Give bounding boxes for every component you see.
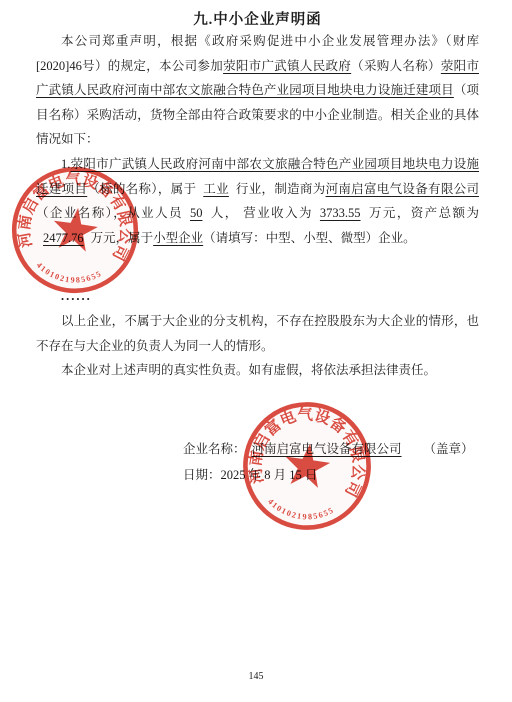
enterprise-type-value: 小型企业 <box>153 231 203 245</box>
assets-value: 2477.76 <box>36 231 91 245</box>
after-employees-text: 人， 营业收入为 <box>209 206 312 220</box>
industry-value: 工业 <box>196 182 236 196</box>
company-name-row: 企业名称：河南启富电气设备有限公司（盖章） <box>183 437 479 462</box>
document-content: 九.中小企业声明函 本公司郑重声明，根据《政府采购促进中小企业发展管理办法》（财… <box>36 0 479 488</box>
seal-number-text: 4101021985655 <box>264 496 337 525</box>
employees-value: 50 <box>183 206 210 220</box>
closing-paragraph-1: 以上企业，不属于大企业的分支机构，不存在控股股东为大企业的情形，也不存在与大企业… <box>36 309 479 358</box>
company-name-label: 企业名称： <box>183 442 246 456</box>
ellipsis-text: ...... <box>36 284 479 309</box>
company-name-value: 河南启富电气设备有限公司 <box>246 442 418 456</box>
after-revenue-text: 万元，资产总额为 <box>368 206 479 220</box>
after-manufacturer-text: （企业名称），从业人员 <box>36 206 183 220</box>
after-assets-text: 万元，属于 <box>91 231 154 245</box>
date-label: 日期： <box>183 468 221 482</box>
document-page: 九.中小企业声明函 本公司郑重声明，根据《政府采购促进中小企业发展管理办法》（财… <box>0 0 512 702</box>
page-title: 九.中小企业声明函 <box>36 8 479 29</box>
after-industry-text: 行业，制造商为 <box>236 182 326 196</box>
date-value: 2025 年 8 月 15 日 <box>221 468 318 482</box>
after-type-text: （请填写：中型、小型、微型）企业。 <box>203 231 416 245</box>
closing-paragraph-2: 本企业对上述声明的真实性负责。如有虚假，将依法承担法律责任。 <box>36 358 479 383</box>
subject-note: （标的名称），属于 <box>87 182 196 196</box>
intro-paragraph: 本公司郑重声明，根据《政府采购促进中小企业发展管理办法》（财库[2020]46号… <box>36 29 479 152</box>
revenue-value: 3733.55 <box>313 206 368 220</box>
svg-text:4101021985655: 4101021985655 <box>264 496 337 525</box>
purchaser-note: （采购人名称） <box>351 59 441 73</box>
purchaser-name: 荥阳市广武镇人民政府 <box>223 59 351 73</box>
date-row: 日期：2025 年 8 月 15 日 <box>183 463 479 488</box>
item-number: 1. <box>61 157 70 171</box>
page-number: 145 <box>0 671 512 682</box>
manufacturer-name: 河南启富电气设备有限公司 <box>326 182 479 196</box>
signature-block: 企业名称：河南启富电气设备有限公司（盖章） 日期：2025 年 8 月 15 日 <box>36 437 479 488</box>
enterprise-item-paragraph: 1.荥阳市广武镇人民政府河南中部农文旅融合特色产业园项目地块电力设施迁建项目（标… <box>36 152 479 250</box>
seal-note: （盖章） <box>424 442 474 456</box>
